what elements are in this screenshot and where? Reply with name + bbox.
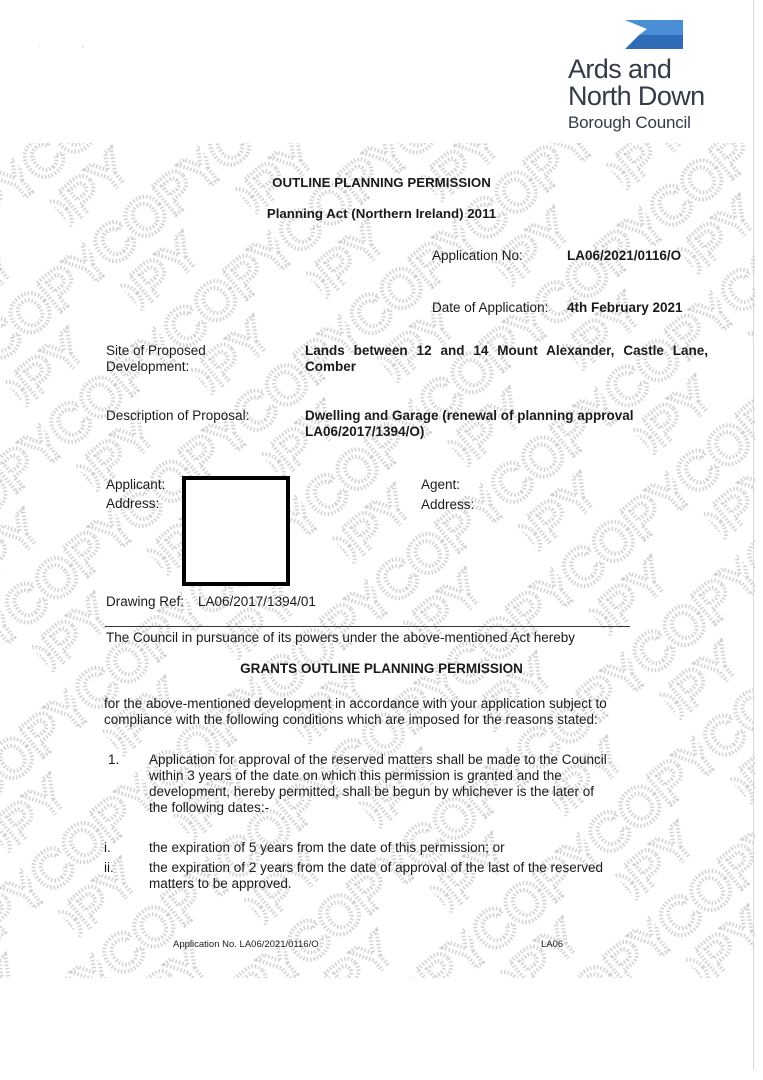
agent-label: Agent: (421, 477, 460, 492)
sub-condition-ii-line: the expiration of 2 years from the date … (149, 860, 603, 876)
agent-address-label: Address: (421, 497, 474, 512)
document-title: OUTLINE PLANNING PERMISSION (0, 175, 763, 190)
drawing-ref-label: Drawing Ref: (106, 594, 184, 609)
site-value-line-2: Comber (305, 359, 708, 375)
sub-condition-ii-marker: ii. (104, 860, 114, 876)
purpose-text: for the above-mentioned development in a… (104, 696, 607, 728)
act-title: Planning Act (Northern Ireland) 2011 (0, 206, 763, 221)
condition-1-line: development, hereby permitted, shall be … (149, 784, 607, 800)
applicant-address-label: Address: (106, 496, 159, 511)
site-value-line-1: Lands between 12 and 14 Mount Alexander,… (305, 343, 708, 359)
proposal-value-line-1: Dwelling and Garage (renewal of planning… (305, 408, 634, 424)
condition-1-line: the following dates:- (149, 800, 607, 816)
proposal-label: Description of Proposal: (106, 408, 249, 423)
application-number-label: Application No: (432, 248, 523, 263)
site-label-line-1: Site of Proposed (106, 343, 206, 359)
condition-1-line: Application for approval of the reserved… (149, 752, 607, 768)
logo-line-3: Borough Council (568, 114, 705, 131)
sub-condition-ii-line: matters to be approved. (149, 876, 603, 892)
application-number-value: LA06/2021/0116/O (567, 248, 681, 263)
intro-text: The Council in pursuance of its powers u… (106, 630, 575, 646)
condition-1-number: 1. (108, 752, 119, 768)
section-divider (105, 626, 630, 627)
site-label: Site of Proposed Development: (106, 343, 206, 375)
sub-condition-i-text: the expiration of 5 years from the date … (149, 840, 505, 856)
grant-heading: GRANTS OUTLINE PLANNING PERMISSION (0, 661, 763, 676)
application-date-value: 4th February 2021 (567, 300, 683, 315)
proposal-value: Dwelling and Garage (renewal of planning… (305, 408, 634, 440)
logo-line-1: Ards and (568, 56, 705, 83)
sub-condition-ii-text: the expiration of 2 years from the date … (149, 860, 603, 892)
application-date-label: Date of Application: (432, 300, 548, 315)
site-value: Lands between 12 and 14 Mount Alexander,… (305, 343, 708, 375)
footer-office-code: LA06 (541, 939, 563, 950)
purpose-line-1: for the above-mentioned development in a… (104, 696, 607, 712)
sub-condition-i-marker: i. (104, 840, 111, 856)
applicant-label: Applicant: (106, 477, 165, 492)
drawing-ref-value: LA06/2017/1394/01 (198, 594, 316, 609)
site-label-line-2: Development: (106, 359, 206, 375)
purpose-line-2: compliance with the following conditions… (104, 712, 607, 728)
flag-icon (625, 20, 683, 49)
condition-1-line: within 3 years of the date on which this… (149, 768, 607, 784)
footer-application-ref: Application No. LA06/2021/0116/O (173, 939, 319, 950)
condition-1-text: Application for approval of the reserved… (149, 752, 607, 816)
proposal-value-line-2: LA06/2017/1394/O) (305, 424, 634, 440)
logo-line-2: North Down (568, 83, 705, 110)
scan-edge-line (753, 0, 754, 1070)
redacted-applicant-box (182, 476, 290, 586)
